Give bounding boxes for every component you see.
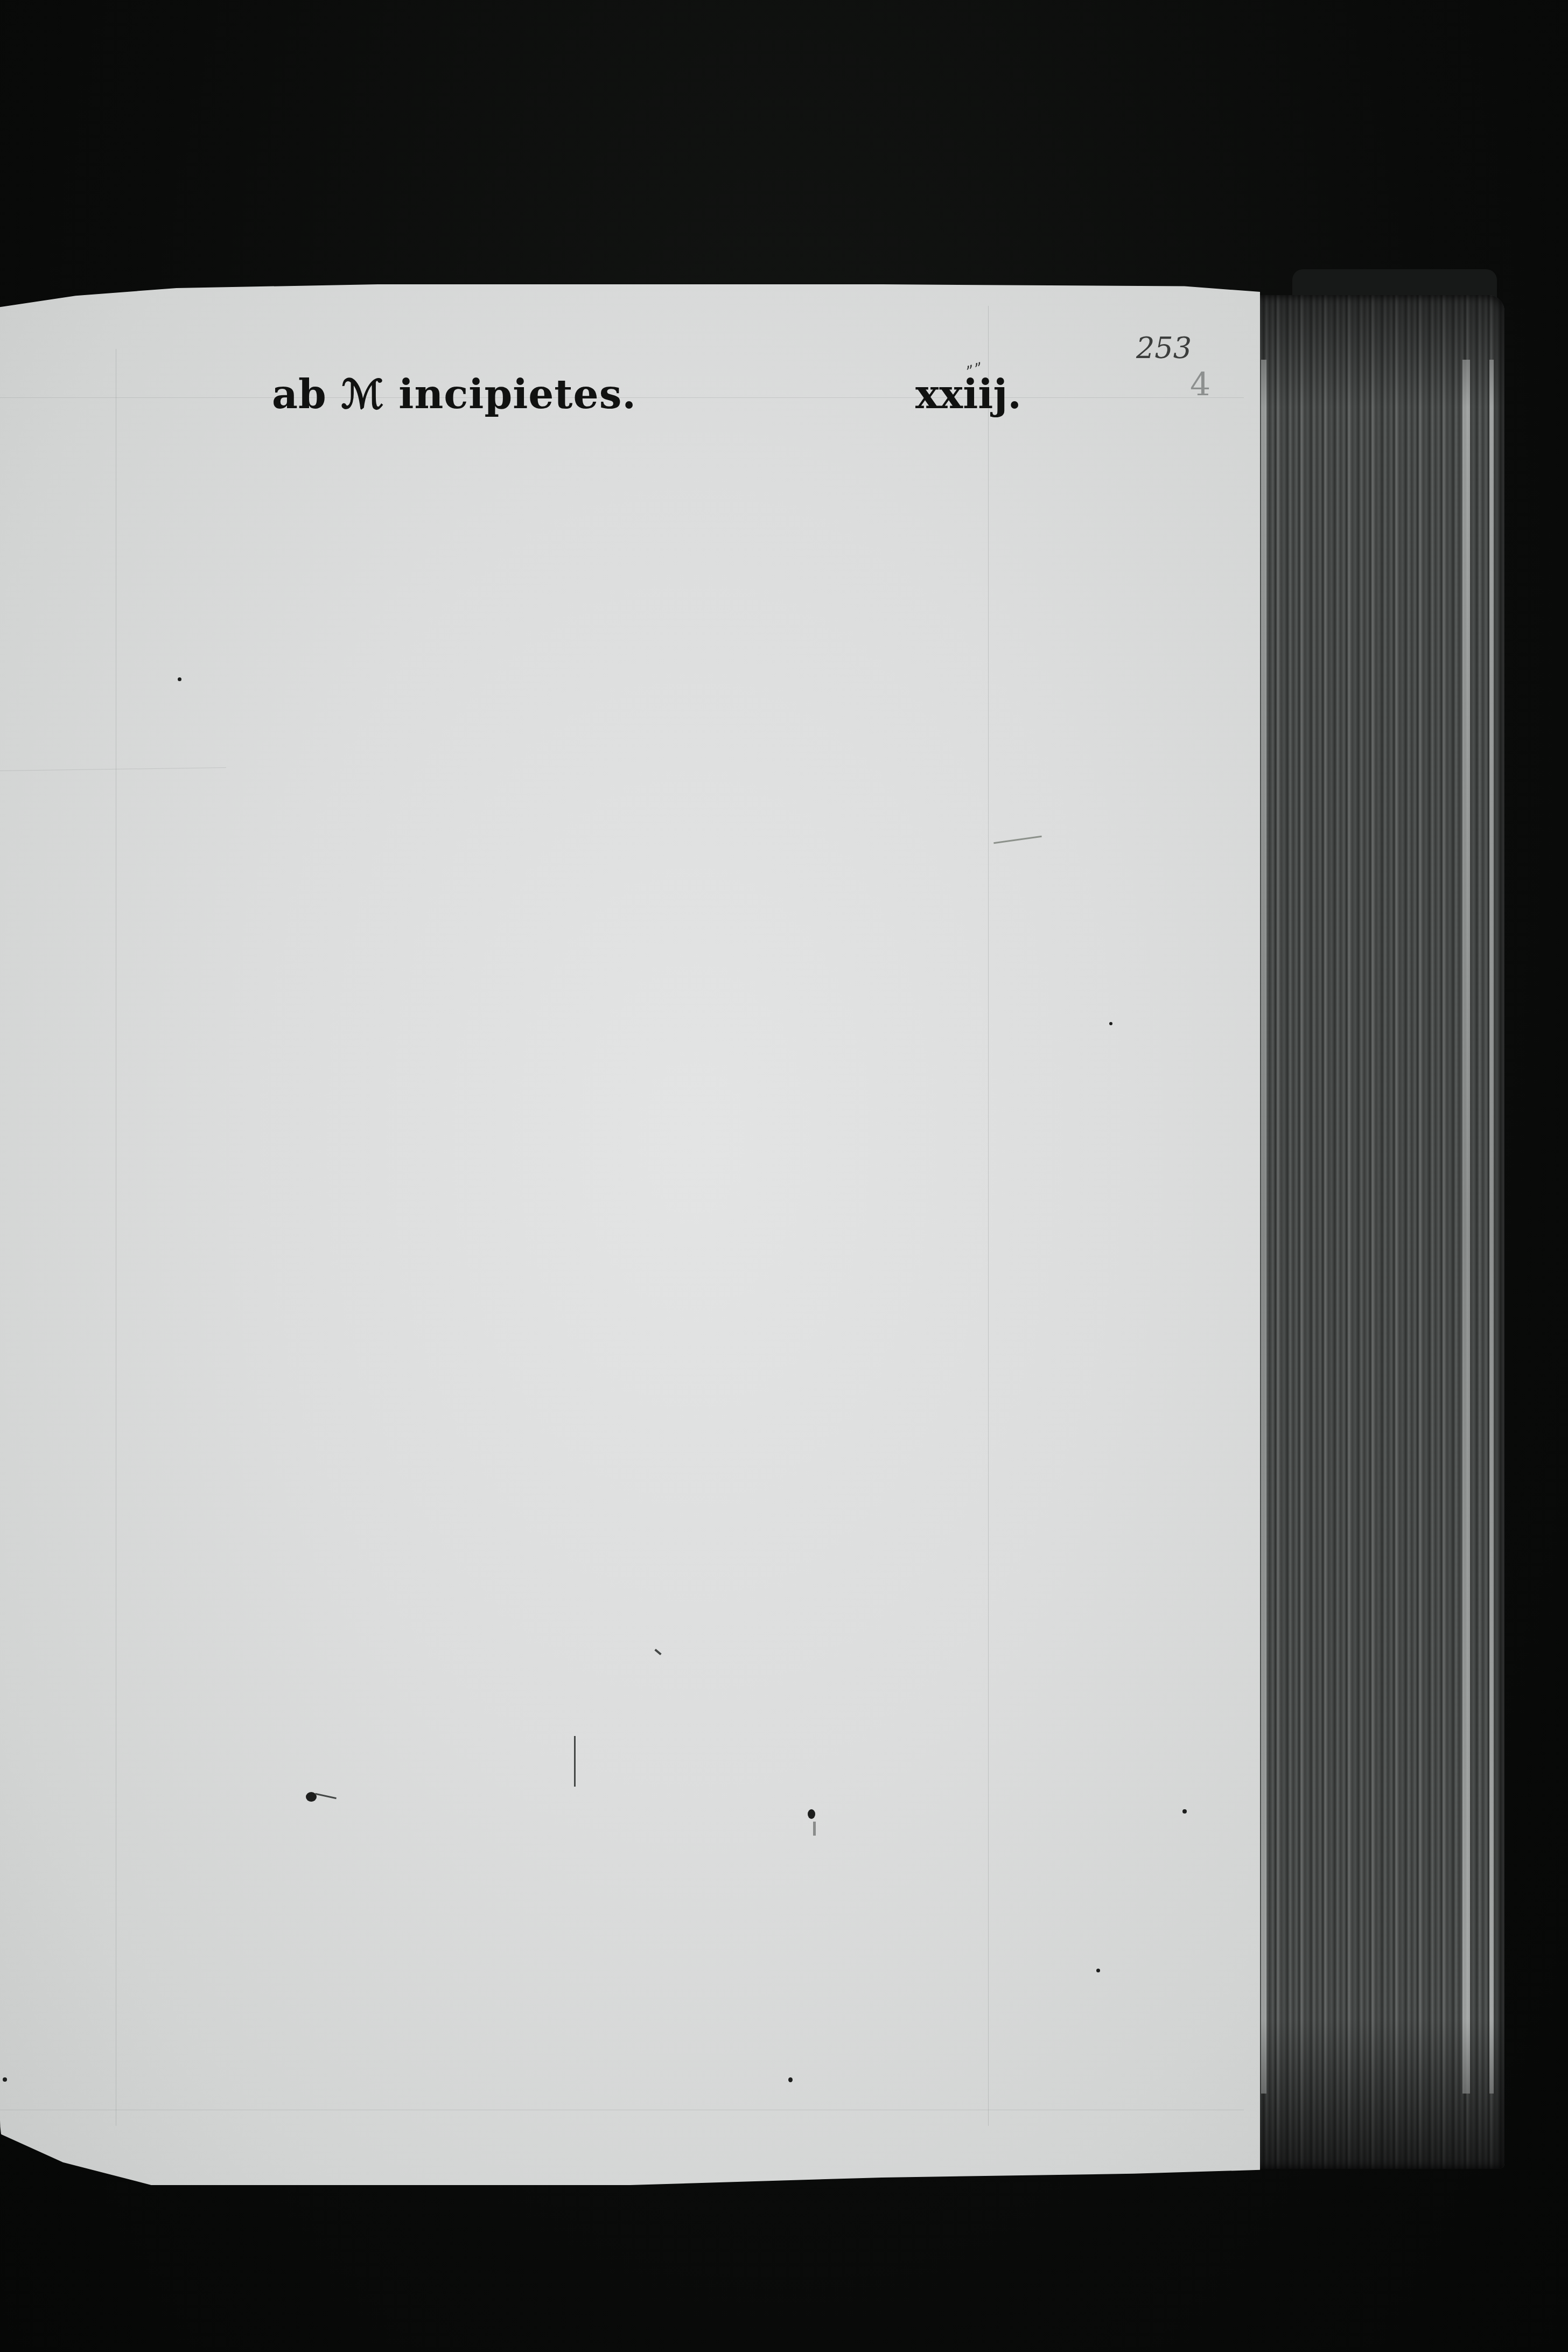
ink-speck [1182,1809,1187,1814]
ink-speck [788,2077,793,2082]
ruling-line [988,306,989,2126]
ruling-line [0,2110,1244,2110]
scratch-mark [574,1736,576,1787]
ruling-line [116,349,116,2126]
handwritten-page-number-value: 253 [1136,331,1192,365]
running-header-title: ab ℳ incipietes. [272,372,636,418]
ruling-line [0,767,226,771]
handwritten-page-number: 253 [1136,331,1192,365]
page-edge-highlight [1462,360,1470,2094]
ink-speck [654,1649,661,1655]
page-edge-highlight [1261,360,1266,2094]
ink-speck [1109,1022,1112,1025]
ink-speck [315,1793,337,1799]
ink-speck [178,677,181,681]
fiber-mark [993,836,1042,844]
ink-speck [3,2077,7,2082]
book-page [0,284,1260,2185]
book-fore-edge [1246,295,1504,2169]
ink-speck [808,1809,815,1819]
pencil-annotation: 4 [1190,366,1210,404]
ink-speck [1096,1969,1100,1972]
page-edge-highlight [1489,360,1494,2094]
ink-speck [813,1822,816,1836]
